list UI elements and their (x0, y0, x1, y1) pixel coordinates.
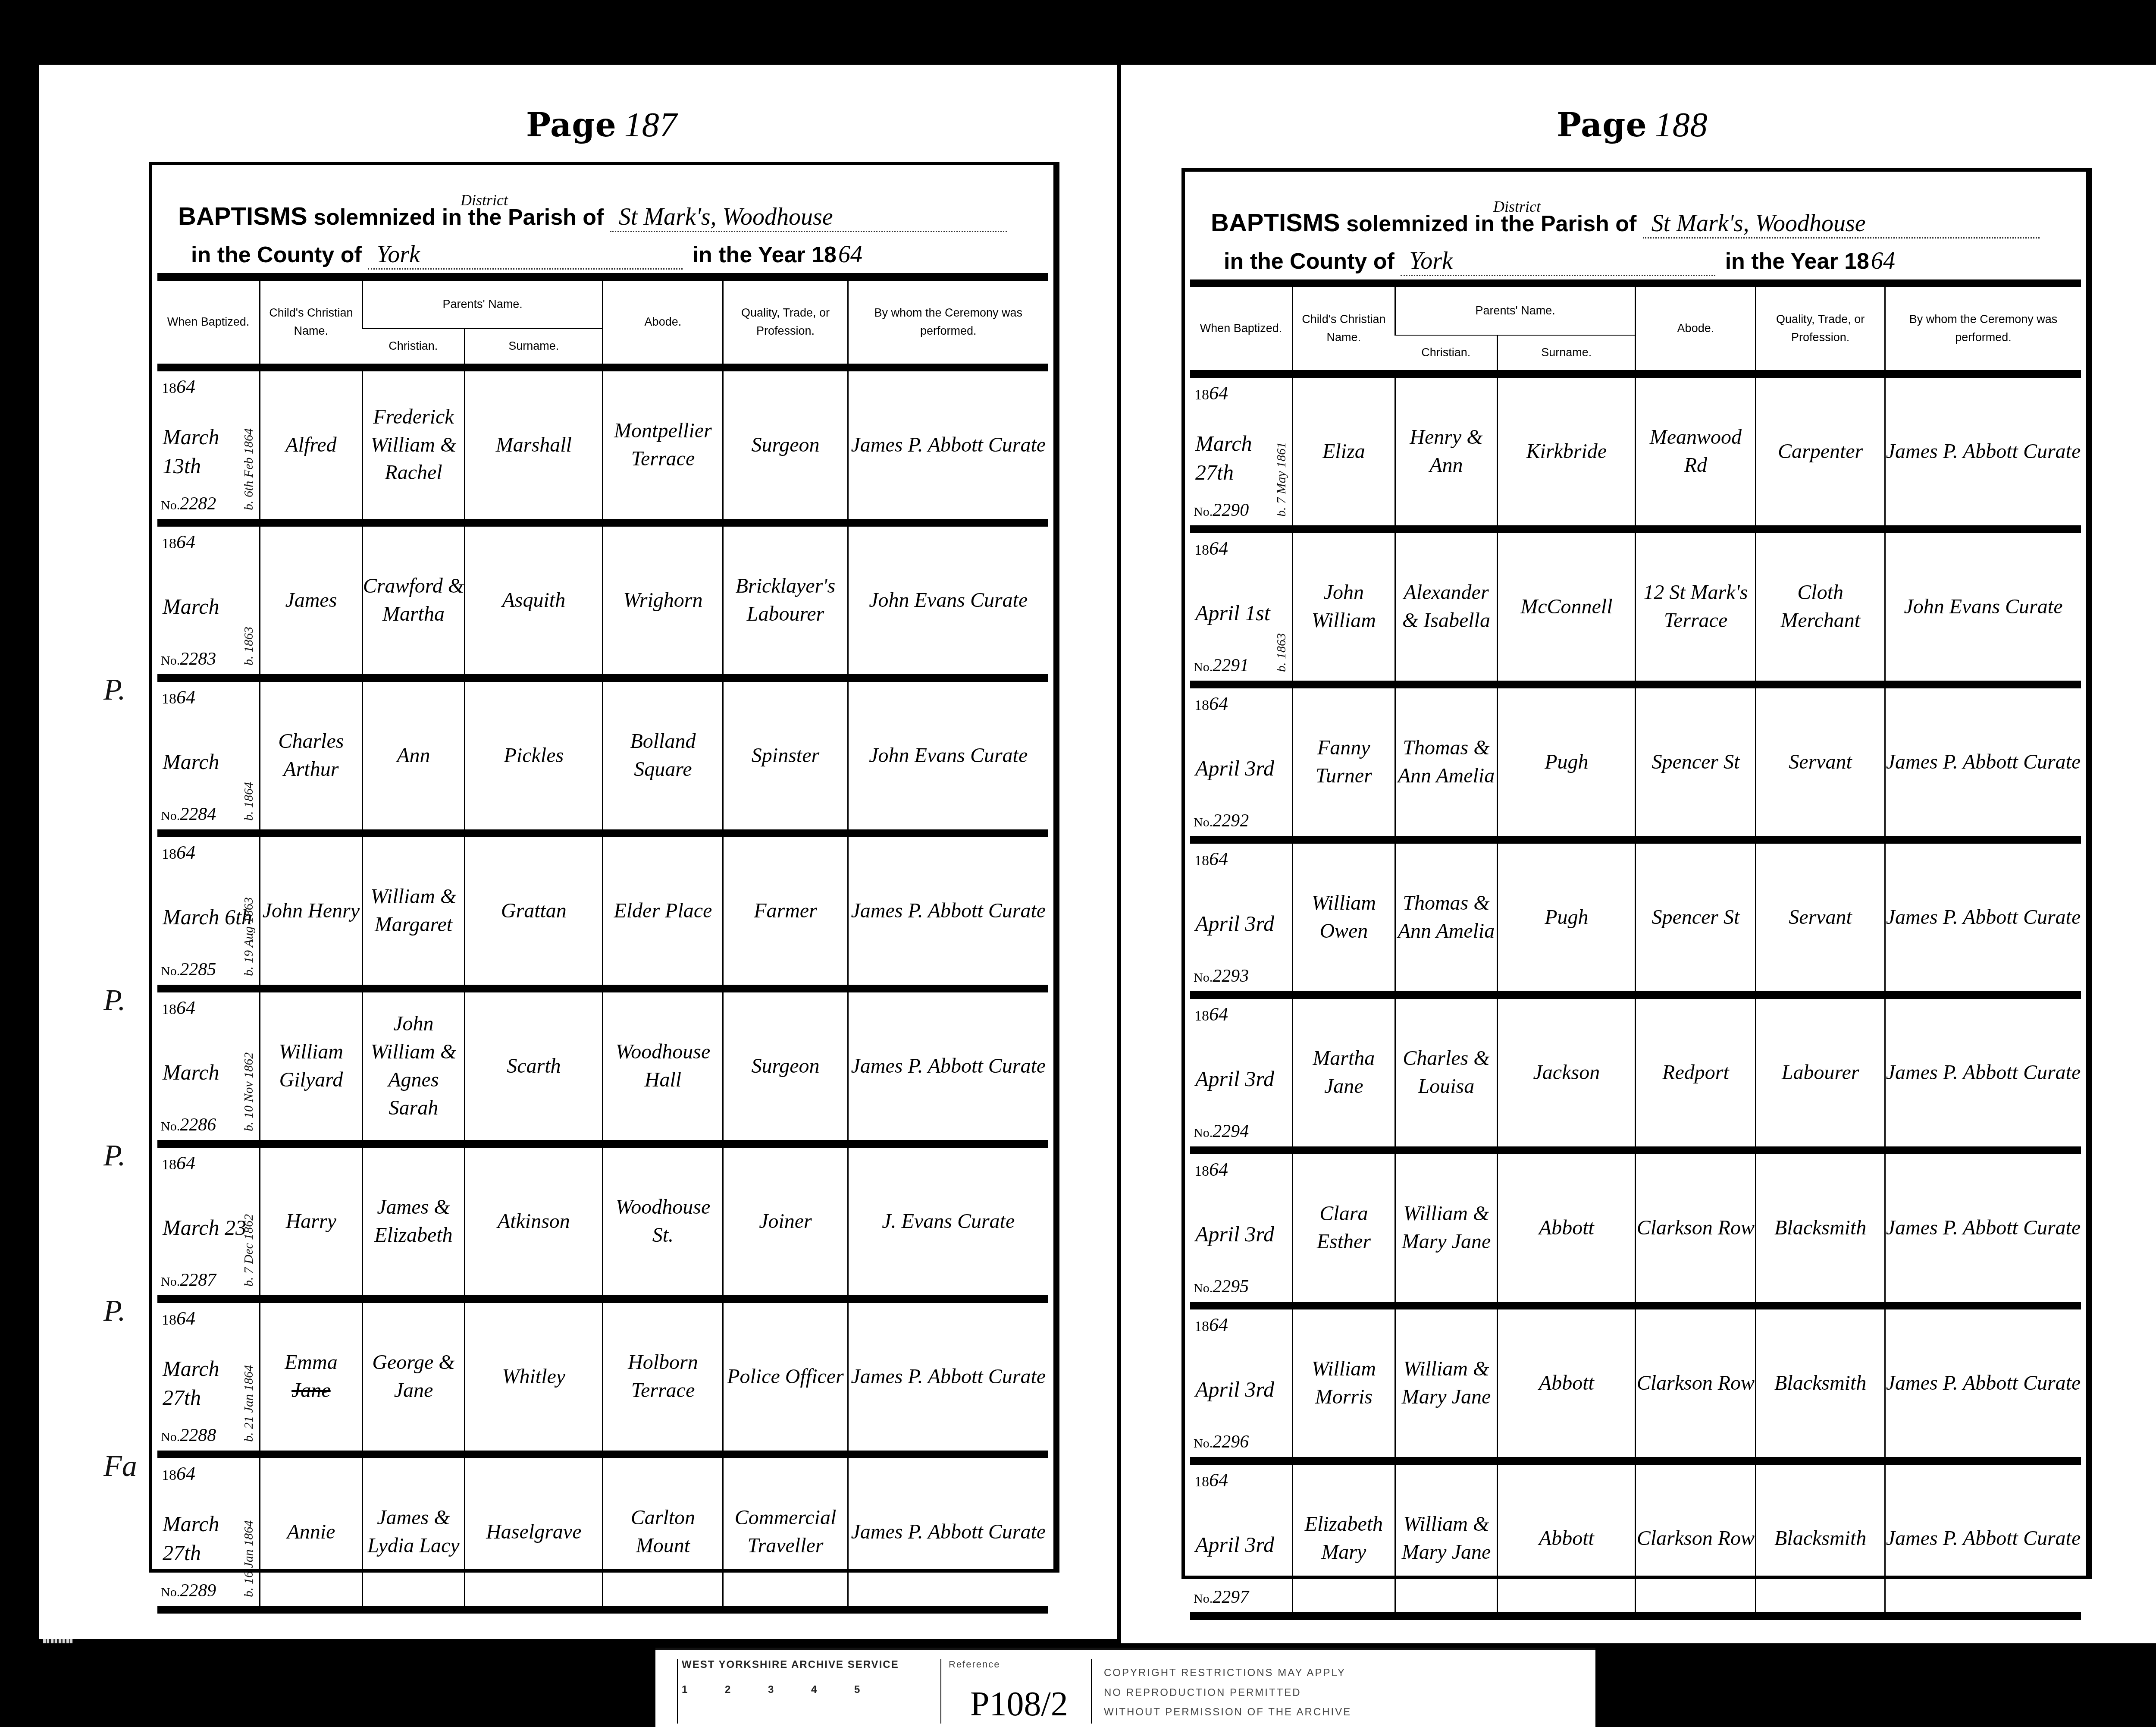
col-parents-name: Parents' Name. (1395, 283, 1636, 335)
cell-trade: Carpenter (1756, 374, 1885, 529)
cell-when-baptized: 1864April 3rdNo.2297 (1190, 1461, 1293, 1616)
register-entry: 1864March 27thb. 16 Jan 1864No.2289Annie… (157, 1454, 1048, 1610)
archive-reference-box: Reference P108/2 (949, 1659, 1092, 1724)
cell-parent-surname: Pickles (465, 678, 603, 833)
page-label: Page (526, 106, 617, 144)
col-officiant: By whom the Ceremony was performed. (1885, 283, 2081, 374)
entry-year: 1864 (1194, 1467, 1228, 1493)
register-entry: 1864March 27thb. 7 May 1861No.2290ElizaH… (1190, 374, 2081, 529)
cell-parent-christian: William & Mary Jane (1395, 1461, 1498, 1616)
entry-number: No.2296 (1194, 1430, 1249, 1454)
entry-date: April 3rd (1195, 1064, 1292, 1094)
register-entry: 1864Marchb. 1864No.2284Charles ArthurAnn… (157, 678, 1048, 833)
entry-year: 1864 (1194, 1157, 1228, 1182)
col-parent-surname: Surname. (465, 329, 603, 367)
cell-trade: Commercial Traveller (723, 1454, 848, 1610)
cell-parent-christian: William & Mary Jane (1395, 1306, 1498, 1461)
cell-trade: Labourer (1756, 995, 1885, 1150)
cell-parent-surname: Jackson (1498, 995, 1636, 1150)
cell-abode: Wrighorn (603, 523, 723, 678)
reference-value: P108/2 (970, 1685, 1068, 1724)
cell-abode: Woodhouse St. (603, 1144, 723, 1299)
year-value: 64 (1869, 247, 1897, 275)
cell-when-baptized: 1864Marchb. 1864No.2284 (157, 678, 260, 833)
cell-child-name: Eliza (1293, 374, 1395, 529)
cell-trade: Servant (1756, 685, 1885, 840)
cell-abode: Montpellier Terrace (603, 367, 723, 523)
register-entry: 1864April 3rdNo.2297Elizabeth MaryWillia… (1190, 1461, 2081, 1616)
cell-officiant: James P. Abbott Curate (1885, 995, 2081, 1150)
cell-officiant: James P. Abbott Curate (1885, 1306, 2081, 1461)
cell-child-name: Elizabeth Mary (1293, 1461, 1395, 1616)
entry-birth-note: b. 6th Feb 1864 (240, 382, 258, 510)
cell-parent-surname: Abbott (1498, 1306, 1636, 1461)
cell-when-baptized: 1864Marchb. 10 Nov 1862No.2286 (157, 989, 260, 1144)
cell-child-name: Harry (260, 1144, 363, 1299)
cell-abode: Clarkson Row (1636, 1306, 1756, 1461)
col-abode: Abode. (603, 277, 723, 367)
cell-trade: Joiner (723, 1144, 848, 1299)
register-entry: 1864April 3rdNo.2295Clara EstherWilliam … (1190, 1150, 2081, 1306)
cell-trade: Blacksmith (1756, 1461, 1885, 1616)
entry-number: No.2284 (161, 802, 216, 827)
register-entry: 1864April 3rdNo.2293William OwenThomas &… (1190, 840, 2081, 995)
register-rows: 1864March 13thb. 6th Feb 1864No.2282Alfr… (157, 367, 1048, 1610)
cell-trade: Surgeon (723, 367, 848, 523)
archive-scale: 1 2 3 4 5 (682, 1684, 940, 1696)
cell-when-baptized: 1864March 27thb. 21 Jan 1864No.2288 (157, 1299, 260, 1454)
entry-year: 1864 (162, 1150, 195, 1176)
cell-when-baptized: 1864April 1stb. 1863No.2291 (1190, 529, 1293, 685)
cell-parent-surname: Grattan (465, 833, 603, 989)
cell-officiant: James P. Abbott Curate (848, 367, 1048, 523)
entry-number: No.2292 (1194, 809, 1249, 833)
entry-year: 1864 (162, 1461, 195, 1486)
cell-trade: Blacksmith (1756, 1150, 1885, 1306)
cell-child-name: William Owen (1293, 840, 1395, 995)
entry-year: 1864 (162, 995, 195, 1020)
page-heading: Page188 (1557, 106, 1708, 145)
entry-year: 1864 (1194, 846, 1228, 872)
cell-child-name: Annie (260, 1454, 363, 1610)
cell-parent-surname: Haselgrave (465, 1454, 603, 1610)
cell-child-name: James (260, 523, 363, 678)
year-label: in the Year 18 (1725, 249, 1869, 274)
register-entry: 1864March 13thb. 6th Feb 1864No.2282Alfr… (157, 367, 1048, 523)
reference-label: Reference (949, 1659, 1091, 1670)
entry-number: No.2286 (161, 1113, 216, 1137)
register-title: BAPTISMS solemnized in the District Pari… (1198, 189, 2073, 279)
county-value: York (368, 241, 683, 270)
cell-officiant: James P. Abbott Curate (1885, 1150, 2081, 1306)
entry-number: No.2289 (161, 1579, 216, 1603)
cell-parent-christian: James & Elizabeth (362, 1144, 465, 1299)
margin-annotation: P. (103, 1294, 125, 1328)
cell-officiant: J. Evans Curate (848, 1144, 1048, 1299)
col-parent-surname: Surname. (1498, 335, 1636, 374)
inserted-district: District (1493, 198, 1541, 216)
col-abode: Abode. (1636, 283, 1756, 374)
cell-parent-surname: McConnell (1498, 529, 1636, 685)
cell-parent-christian: John William & Agnes Sarah (362, 989, 465, 1144)
register-entry: 1864April 3rdNo.2292Fanny TurnerThomas &… (1190, 685, 2081, 840)
cell-trade: Farmer (723, 833, 848, 989)
register-entry: 1864Marchb. 10 Nov 1862No.2286William Gi… (157, 989, 1048, 1144)
cell-when-baptized: 1864April 3rdNo.2292 (1190, 685, 1293, 840)
margin-annotation: P. (103, 1139, 125, 1173)
cell-child-name: Alfred (260, 367, 363, 523)
cell-child-name: John William (1293, 529, 1395, 685)
cell-abode: Carlton Mount (603, 1454, 723, 1610)
cell-parent-surname: Pugh (1498, 840, 1636, 995)
cell-when-baptized: 1864April 3rdNo.2296 (1190, 1306, 1293, 1461)
cell-parent-christian: Henry & Ann (1395, 374, 1498, 529)
cell-trade: Bricklayer's Labourer (723, 523, 848, 678)
entry-year: 1864 (162, 1306, 195, 1331)
entry-birth-note: b. 7 Dec 1862 (240, 1158, 258, 1287)
archive-service-box: WEST YORKSHIRE ARCHIVE SERVICE 1 2 3 4 5 (677, 1659, 941, 1724)
parish-value: St Mark's, Woodhouse (1643, 210, 2040, 239)
col-parents-name: Parents' Name. (362, 277, 603, 329)
cell-abode: 12 St Mark's Terrace (1636, 529, 1756, 685)
entry-year: 1864 (1194, 1312, 1228, 1338)
entry-birth-note: b. 1863 (1273, 543, 1291, 672)
archive-service-name: WEST YORKSHIRE ARCHIVE SERVICE (682, 1659, 940, 1671)
left-page: Page187 BAPTISMS solemnized in the Distr… (39, 65, 1117, 1639)
register-entry: 1864April 1stb. 1863No.2291John WilliamA… (1190, 529, 2081, 685)
entry-number: No.2291 (1194, 653, 1249, 678)
cell-officiant: John Evans Curate (848, 678, 1048, 833)
cell-officiant: John Evans Curate (1885, 529, 2081, 685)
inserted-district: District (461, 191, 508, 209)
cell-parent-surname: Scarth (465, 989, 603, 1144)
col-parent-christian: Christian. (362, 329, 465, 367)
cell-parent-surname: Abbott (1498, 1461, 1636, 1616)
cell-trade: Spinster (723, 678, 848, 833)
cell-parent-christian: George & Jane (362, 1299, 465, 1454)
entry-birth-note: b. 21 Jan 1864 (240, 1313, 258, 1442)
cell-child-name: Clara Esther (1293, 1150, 1395, 1306)
register-entry: 1864April 3rdNo.2294Martha JaneCharles &… (1190, 995, 2081, 1150)
cell-officiant: John Evans Curate (848, 523, 1048, 678)
col-child-name: Child's Christian Name. (260, 277, 363, 367)
cell-when-baptized: 1864March 23b. 7 Dec 1862No.2287 (157, 1144, 260, 1299)
cell-officiant: James P. Abbott Curate (848, 1299, 1048, 1454)
register-grid: When Baptized. Child's Christian Name. P… (1190, 279, 2081, 1620)
col-parent-christian: Christian. (1395, 335, 1498, 374)
cell-parent-christian: Crawford & Martha (362, 523, 465, 678)
struck-name: Jane (291, 1379, 331, 1402)
col-when-baptized: When Baptized. (157, 277, 260, 367)
title-baptisms: BAPTISMS (178, 202, 307, 230)
cell-parent-surname: Whitley (465, 1299, 603, 1454)
entry-year: 1864 (162, 529, 195, 555)
archive-reference-label: WEST YORKSHIRE ARCHIVE SERVICE 1 2 3 4 5… (655, 1648, 1595, 1727)
margin-annotation: Fa (103, 1449, 137, 1484)
cell-officiant: James P. Abbott Curate (1885, 374, 2081, 529)
cell-parent-christian: Charles & Louisa (1395, 995, 1498, 1150)
cell-parent-christian: William & Margaret (362, 833, 465, 989)
cell-parent-surname: Pugh (1498, 685, 1636, 840)
col-trade: Quality, Trade, or Profession. (1756, 283, 1885, 374)
cell-parent-surname: Asquith (465, 523, 603, 678)
cell-officiant: James P. Abbott Curate (848, 989, 1048, 1144)
page-label: Page (1557, 106, 1647, 144)
cell-parent-christian: William & Mary Jane (1395, 1150, 1498, 1306)
cell-parent-christian: Alexander & Isabella (1395, 529, 1498, 685)
cell-when-baptized: 1864April 3rdNo.2294 (1190, 995, 1293, 1150)
cell-trade: Servant (1756, 840, 1885, 995)
cell-parent-surname: Kirkbride (1498, 374, 1636, 529)
cell-when-baptized: 1864March 27thb. 16 Jan 1864No.2289 (157, 1454, 260, 1610)
cell-abode: Clarkson Row (1636, 1461, 1756, 1616)
cell-child-name: Martha Jane (1293, 995, 1395, 1150)
entry-year: 1864 (1194, 1002, 1228, 1027)
cell-when-baptized: 1864March 6thb. 19 Aug 1863No.2285 (157, 833, 260, 989)
register-entry: 1864Marchb. 1863No.2283JamesCrawford & M… (157, 523, 1048, 678)
cell-officiant: James P. Abbott Curate (848, 833, 1048, 989)
cell-trade: Cloth Merchant (1756, 529, 1885, 685)
entry-number: No.2293 (1194, 964, 1249, 989)
col-officiant: By whom the Ceremony was performed. (848, 277, 1048, 367)
cell-child-name: EmmaJane (260, 1299, 363, 1454)
cell-when-baptized: 1864March 13thb. 6th Feb 1864No.2282 (157, 367, 260, 523)
entry-date: April 3rd (1195, 1375, 1292, 1404)
notice-line: WITHOUT PERMISSION OF THE ARCHIVE (1104, 1702, 1578, 1722)
entry-number: No.2285 (161, 958, 216, 982)
cell-parent-surname: Marshall (465, 367, 603, 523)
margin-annotation: P. (103, 673, 125, 707)
cell-abode: Holborn Terrace (603, 1299, 723, 1454)
cell-officiant: James P. Abbott Curate (1885, 840, 2081, 995)
cell-parent-surname: Atkinson (465, 1144, 603, 1299)
entry-birth-note: b. 1863 (240, 537, 258, 666)
entry-number: No.2287 (161, 1268, 216, 1293)
cell-child-name: John Henry (260, 833, 363, 989)
county-value: York (1401, 247, 1715, 276)
cell-when-baptized: 1864April 3rdNo.2295 (1190, 1150, 1293, 1306)
cell-child-name: Fanny Turner (1293, 685, 1395, 840)
register-entry: 1864March 23b. 7 Dec 1862No.2287HarryJam… (157, 1144, 1048, 1299)
cell-abode: Bolland Square (603, 678, 723, 833)
right-page: Page188 BAPTISMS solemnized in the Distr… (1121, 65, 2156, 1643)
cell-when-baptized: 1864April 3rdNo.2293 (1190, 840, 1293, 995)
notice-line: NO REPRODUCTION PERMITTED (1104, 1683, 1578, 1703)
entry-number: No.2283 (161, 647, 216, 672)
baptism-register-table: BAPTISMS solemnized in the District Pari… (149, 162, 1059, 1573)
entry-date: April 3rd (1195, 1530, 1292, 1560)
title-baptisms: BAPTISMS (1211, 209, 1340, 237)
entry-number: No.2282 (161, 492, 216, 516)
cell-abode: Clarkson Row (1636, 1150, 1756, 1306)
entry-date: April 3rd (1195, 754, 1292, 783)
register-entry: 1864March 6thb. 19 Aug 1863No.2285John H… (157, 833, 1048, 989)
entry-year: 1864 (162, 685, 195, 710)
cell-officiant: James P. Abbott Curate (1885, 1461, 2081, 1616)
cell-abode: Woodhouse Hall (603, 989, 723, 1144)
cell-parent-christian: Thomas & Ann Amelia (1395, 840, 1498, 995)
cell-parent-christian: James & Lydia Lacy (362, 1454, 465, 1610)
entry-birth-note: b. 1864 (240, 692, 258, 821)
entry-year: 1864 (1194, 536, 1228, 561)
col-child-name: Child's Christian Name. (1293, 283, 1395, 374)
entry-year: 1864 (1194, 691, 1228, 716)
cell-when-baptized: 1864Marchb. 1863No.2283 (157, 523, 260, 678)
cell-parent-christian: Frederick William & Rachel (362, 367, 465, 523)
cell-abode: Meanwood Rd (1636, 374, 1756, 529)
county-label: in the County of (191, 242, 362, 267)
child-name: Emma (285, 1351, 338, 1374)
cell-officiant: James P. Abbott Curate (848, 1454, 1048, 1610)
register-title: BAPTISMS solemnized in the District Pari… (165, 182, 1040, 273)
entry-number: No.2288 (161, 1423, 216, 1448)
entry-year: 1864 (162, 374, 195, 399)
cell-abode: Spencer St (1636, 840, 1756, 995)
cell-when-baptized: 1864March 27thb. 7 May 1861No.2290 (1190, 374, 1293, 529)
title-parish-label: Parish of (508, 205, 604, 230)
margin-annotation: P. (103, 983, 125, 1018)
register-rows: 1864March 27thb. 7 May 1861No.2290ElizaH… (1190, 374, 2081, 1616)
register-entry: 1864March 27thb. 21 Jan 1864No.2288EmmaJ… (157, 1299, 1048, 1454)
page-number: 187 (624, 106, 677, 144)
entry-birth-note: b. 19 Aug 1863 (240, 848, 258, 976)
col-trade: Quality, Trade, or Profession. (723, 277, 848, 367)
cell-abode: Spencer St (1636, 685, 1756, 840)
title-parish-label: Parish of (1541, 211, 1637, 236)
register-grid: When Baptized. Child's Christian Name. P… (157, 273, 1048, 1614)
county-label: in the County of (1224, 249, 1395, 274)
col-when-baptized: When Baptized. (1190, 283, 1293, 374)
entry-number: No.2297 (1194, 1585, 1249, 1610)
copyright-notice: COPYRIGHT RESTRICTIONS MAY APPLY NO REPR… (1104, 1663, 1578, 1722)
cell-parent-christian: Ann (362, 678, 465, 833)
cell-trade: Surgeon (723, 989, 848, 1144)
notice-line: COPYRIGHT RESTRICTIONS MAY APPLY (1104, 1663, 1578, 1683)
register-entry: 1864April 3rdNo.2296William MorrisWillia… (1190, 1306, 2081, 1461)
entry-year: 1864 (1194, 380, 1228, 406)
cell-officiant: James P. Abbott Curate (1885, 685, 2081, 840)
cell-trade: Police Officer (723, 1299, 848, 1454)
cell-child-name: Charles Arthur (260, 678, 363, 833)
entry-date: April 3rd (1195, 909, 1292, 939)
entry-number: No.2290 (1194, 498, 1249, 523)
page-heading: Page187 (526, 106, 677, 145)
year-label: in the Year 18 (693, 242, 837, 267)
cell-parent-christian: Thomas & Ann Amelia (1395, 685, 1498, 840)
cell-trade: Blacksmith (1756, 1306, 1885, 1461)
baptism-register-table: BAPTISMS solemnized in the District Pari… (1181, 168, 2092, 1579)
entry-birth-note: b. 16 Jan 1864 (240, 1469, 258, 1597)
cell-abode: Elder Place (603, 833, 723, 989)
entry-birth-note: b. 10 Nov 1862 (240, 1003, 258, 1131)
parish-value: St Mark's, Woodhouse (610, 203, 1007, 232)
entry-number: No.2294 (1194, 1119, 1249, 1144)
cell-abode: Redport (1636, 995, 1756, 1150)
cell-child-name: William Gilyard (260, 989, 363, 1144)
entry-number: No.2295 (1194, 1275, 1249, 1299)
page-number: 188 (1655, 106, 1708, 144)
cell-child-name: William Morris (1293, 1306, 1395, 1461)
entry-date: April 3rd (1195, 1220, 1292, 1249)
cell-parent-surname: Abbott (1498, 1150, 1636, 1306)
entry-birth-note: b. 7 May 1861 (1273, 388, 1291, 517)
year-value: 64 (837, 241, 864, 268)
entry-year: 1864 (162, 840, 195, 865)
